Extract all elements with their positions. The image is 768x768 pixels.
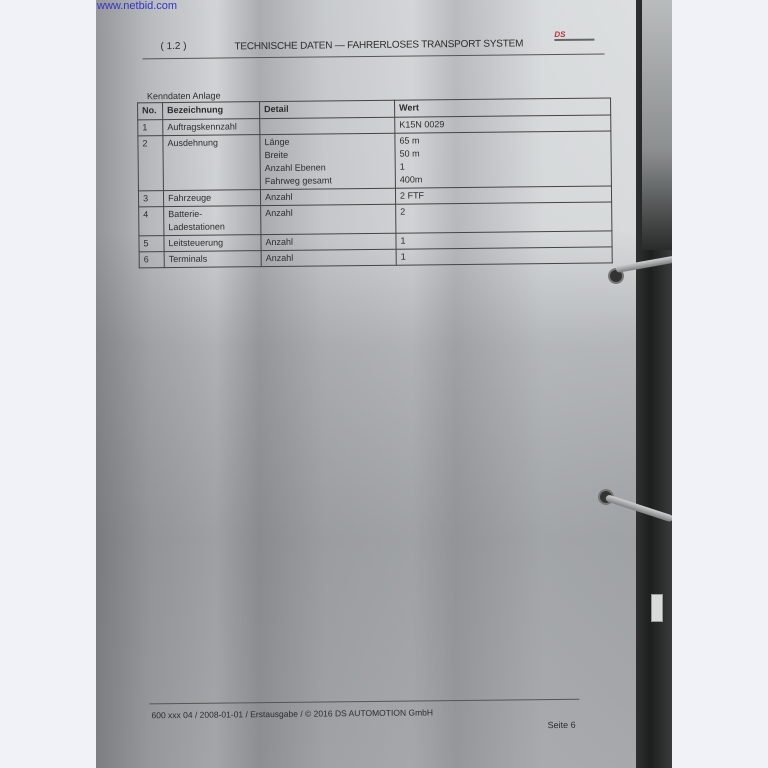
section-number: ( 1.2 ): [160, 41, 186, 52]
row-name: Batterie-Ladestationen: [164, 206, 261, 236]
row-detail: LängeBreiteAnzahl EbenenFahrweg gesamt: [260, 133, 396, 189]
row-value: 65 m50 m1400m: [395, 131, 612, 188]
column-header-no: No.: [138, 103, 163, 120]
company-logo: DS: [554, 30, 565, 39]
row-detail-line: Länge: [264, 135, 390, 149]
row-number: 3: [138, 191, 163, 207]
page-number: Seite 6: [548, 720, 576, 730]
row-value-line: 400m: [400, 171, 607, 186]
column-header-detail: Detail: [260, 100, 395, 118]
row-number: 1: [138, 120, 163, 136]
header-divider: [143, 54, 605, 60]
footer-divider: [149, 699, 579, 705]
row-number: 4: [139, 207, 164, 236]
row-detail-line: Fahrweg gesamt: [265, 174, 391, 188]
row-value: 1: [396, 247, 612, 265]
row-detail: [260, 117, 395, 134]
specs-table: No. Bezeichnung Detail Wert 1Auftragsken…: [137, 97, 613, 268]
row-detail-line: [264, 119, 390, 133]
row-detail-line: Anzahl: [265, 206, 391, 220]
row-value-line: 1: [401, 248, 608, 263]
document-page: ( 1.2 ) TECHNISCHE DATEN — FAHRERLOSES T…: [92, 0, 645, 768]
row-name: Fahrzeuge: [163, 190, 260, 207]
binder-clip-icon: [651, 594, 663, 622]
row-name: Terminals: [164, 251, 261, 268]
column-header-name: Bezeichnung: [163, 102, 260, 120]
row-detail: Anzahl: [261, 249, 396, 266]
row-detail: Anzahl: [261, 233, 396, 250]
footer-text: 600 xxx 04 / 2008-01-01 / Erstausgabe / …: [151, 707, 433, 720]
row-value-line: 2: [400, 203, 607, 218]
table-body: 1AuftragskennzahlK15N 00292AusdehnungLän…: [138, 115, 613, 268]
row-detail: Anzahl: [261, 204, 396, 234]
row-name: Ausdehnung: [163, 135, 261, 191]
row-number: 5: [139, 236, 164, 252]
row-value-line: 2 FTF: [400, 187, 607, 202]
row-name: Auftragskennzahl: [163, 119, 260, 136]
table-row: 2AusdehnungLängeBreiteAnzahl EbenenFahrw…: [138, 131, 612, 191]
row-number: 6: [139, 252, 164, 268]
row-detail-line: Anzahl: [266, 251, 392, 265]
table-caption: Kenndaten Anlage: [147, 91, 221, 102]
row-detail-line: Breite: [265, 148, 391, 162]
row-value: 2: [396, 202, 612, 233]
row-name: Leitsteuerung: [164, 235, 261, 252]
row-detail-line: Anzahl Ebenen: [265, 161, 391, 175]
binder-top: [642, 0, 672, 250]
page-title: TECHNISCHE DATEN — FAHRERLOSES TRANSPORT…: [234, 38, 523, 52]
row-detail: Anzahl: [260, 188, 395, 205]
row-value-line: K15N 0029: [399, 116, 606, 131]
row-detail-line: Anzahl: [265, 190, 391, 204]
row-value-line: 1: [400, 232, 607, 247]
row-detail-line: Anzahl: [265, 235, 391, 249]
logo-underline: [554, 39, 594, 41]
row-number: 2: [138, 136, 164, 191]
